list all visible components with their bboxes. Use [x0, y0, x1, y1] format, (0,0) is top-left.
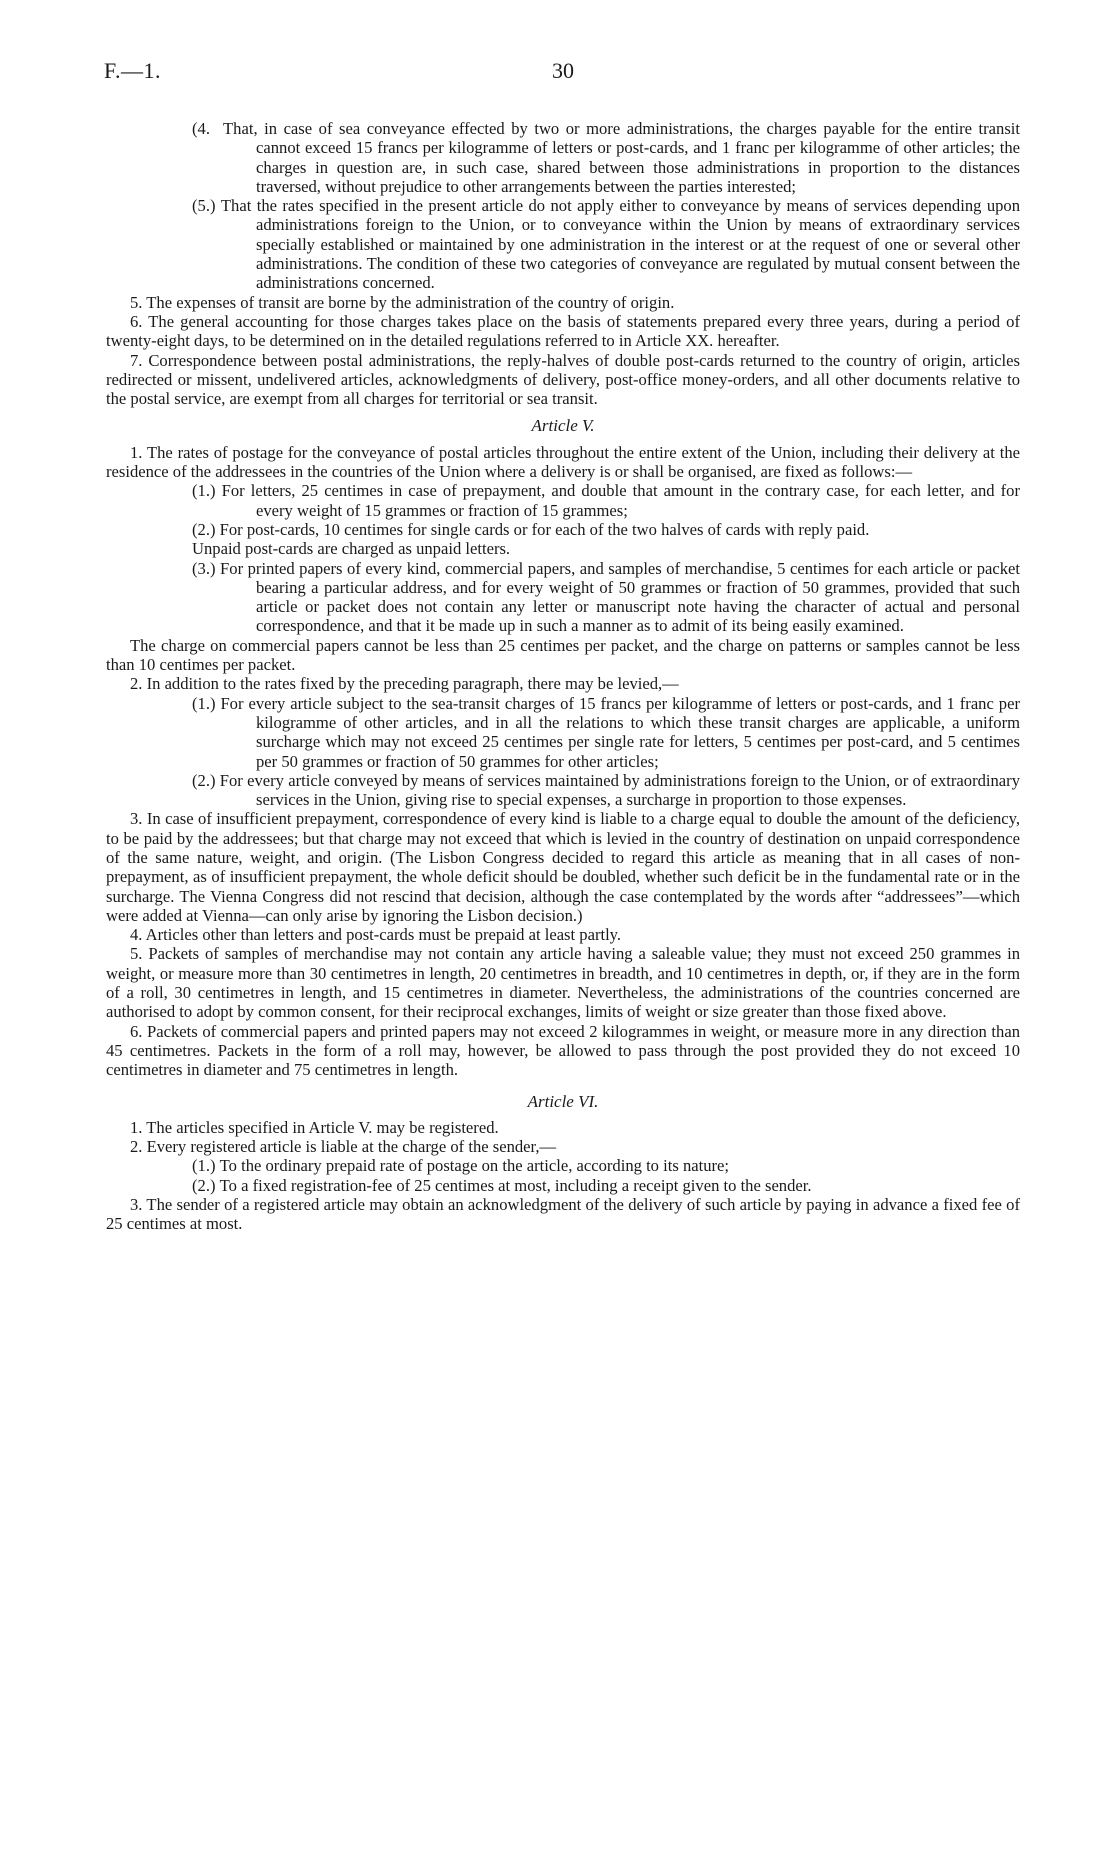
paragraph: The charge on commercial papers cannot b…: [106, 636, 1020, 675]
document-body: (4. That, in case of sea conveyance effe…: [106, 119, 1020, 1234]
paragraph: 1. The articles specified in Article V. …: [106, 1118, 1020, 1137]
document-reference: F.—1.: [104, 58, 161, 84]
article-heading: Article VI.: [106, 1092, 1020, 1111]
paragraph: 3. The sender of a registered article ma…: [106, 1195, 1020, 1234]
paragraph: 2. In addition to the rates fixed by the…: [106, 674, 1020, 693]
subclause: (2.) For post-cards, 10 centimes for sin…: [106, 520, 1020, 539]
paragraph: 6. The general accounting for those char…: [106, 312, 1020, 351]
subclause: (5.) That the rates specified in the pre…: [106, 196, 1020, 292]
subclause: (1.) For every article subject to the se…: [106, 694, 1020, 771]
page-header: F.—1. 30: [0, 50, 1114, 80]
subclause: (4. That, in case of sea conveyance effe…: [106, 119, 1020, 196]
page-number: 30: [552, 58, 574, 84]
paragraph: 4. Articles other than letters and post-…: [106, 925, 1020, 944]
subclause: (2.) For every article conveyed by means…: [106, 771, 1020, 810]
subclause: (1.) To the ordinary prepaid rate of pos…: [106, 1156, 1020, 1175]
subclause: (3.) For printed papers of every kind, c…: [106, 559, 1020, 636]
paragraph: 5. The expenses of transit are borne by …: [106, 293, 1020, 312]
paragraph: 6. Packets of commercial papers and prin…: [106, 1022, 1020, 1080]
paragraph: 1. The rates of postage for the conveyan…: [106, 443, 1020, 482]
paragraph: 3. In case of insufficient prepayment, c…: [106, 809, 1020, 925]
paragraph: 5. Packets of samples of merchandise may…: [106, 944, 1020, 1021]
paragraph: 2. Every registered article is liable at…: [106, 1137, 1020, 1156]
subclause: (2.) To a fixed registration-fee of 25 c…: [106, 1176, 1020, 1195]
paragraph: 7. Correspondence between postal adminis…: [106, 351, 1020, 409]
article-heading: Article V.: [106, 416, 1020, 435]
subclause: (1.) For letters, 25 centimes in case of…: [106, 481, 1020, 520]
subclause-note: Unpaid post-cards are charged as unpaid …: [106, 539, 1020, 558]
